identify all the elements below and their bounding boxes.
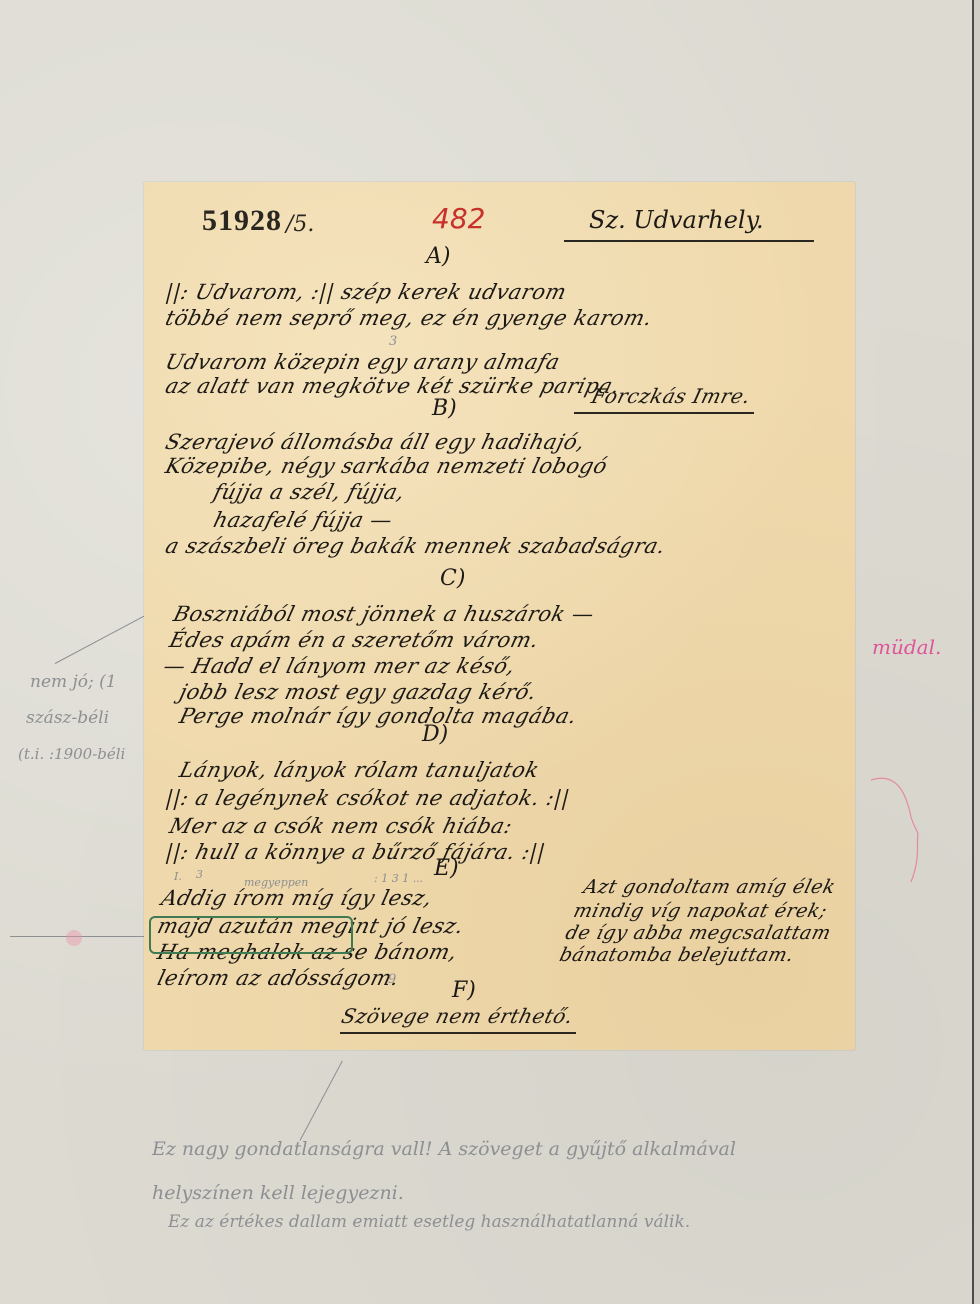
verse-line: Szerajevó állomásba áll egy hadihajó, <box>163 430 588 454</box>
place-heading: Sz. Udvarhely. <box>589 206 764 234</box>
verse-line-right: Azt gondoltam amíg élek <box>581 876 838 898</box>
place-underline <box>564 240 814 242</box>
verse-line: Addig írom míg így lesz, <box>159 886 435 910</box>
verse-line: ||: hull a könnye a bűrző fájára. :|| <box>163 840 548 864</box>
signature: Forczkás Imre. <box>589 384 753 408</box>
section-label-e: E) <box>434 856 459 881</box>
pencil-pointer-line <box>300 1061 343 1141</box>
section-label-a: A) <box>426 244 450 269</box>
verse-line: leírom az adósságom. <box>155 966 402 990</box>
catalog-number: 51928 <box>202 204 282 238</box>
pink-mark <box>66 930 82 946</box>
right-margin-pink-note: müdal. <box>872 635 941 659</box>
catalog-suffix: /5. <box>286 212 314 237</box>
verse-line: ||: Udvarom, :|| szép kerek udvarom <box>163 280 569 304</box>
mount-right-edge <box>972 0 980 1304</box>
verse-line-right: mindig víg napokat érek; <box>571 900 829 922</box>
verse-line: Boszniából most jönnek a huszárok — <box>171 602 597 626</box>
green-bracket-highlight <box>149 916 353 954</box>
pencil-mark: I. <box>174 870 182 883</box>
bottom-note-line-1: Ez nagy gondatlanságra vall! A szöveget … <box>152 1138 736 1160</box>
left-note-line-1: nem jó; (1 <box>30 672 117 692</box>
verse-line-right: bánatomba belejuttam. <box>557 944 796 966</box>
section-label-f: F) <box>452 978 476 1003</box>
signature-underline <box>574 412 754 414</box>
verse-line: Közepibe, négy sarkába nemzeti lobogó <box>163 454 610 478</box>
section-label-d: D) <box>422 722 448 747</box>
verse-line: — Hadd el lányom mer az késő, <box>161 654 518 678</box>
verse-line: Perge molnár így gondolta magába. <box>177 704 579 728</box>
pencil-mark: 3 <box>196 868 203 881</box>
verse-line: Mer az a csók nem csók hiába: <box>167 814 515 838</box>
verse-line: többé nem seprő meg, ez én gyenge karom. <box>163 306 655 330</box>
verse-line: jobb lesz most egy gazdag kérő. <box>177 680 539 704</box>
bottom-note-line-2: helyszínen kell lejegyezni. <box>152 1182 404 1204</box>
left-note-line-3: (t.i. :1900-béli <box>18 745 125 763</box>
pencil-mark: : 1 3 1 ... <box>374 872 423 885</box>
verse-line-right: de így abba megcsalattam <box>563 922 833 944</box>
verse-line: Lányok, lányok rólam tanuljatok <box>177 758 542 782</box>
verse-line: Édes apám én a szeretőm várom. <box>167 628 542 652</box>
verse-line: a szászbeli öreg bakák mennek szabadságr… <box>163 534 668 558</box>
verse-line: Szövege nem érthető. <box>339 1004 576 1028</box>
bottom-note-line-3: Ez az értékes dallam emiatt esetleg hasz… <box>168 1212 690 1232</box>
verse-line: az alatt van megkötve két szürke paripa. <box>163 374 623 398</box>
verse-line: fújja a szél, fújja, <box>211 480 408 504</box>
section-label-c: C) <box>440 566 465 591</box>
left-note-line-2: szász-béli <box>26 708 109 728</box>
verse-line: hazafelé fújja — <box>211 508 395 532</box>
verse-line: Udvarom közepin egy arany almafa <box>163 350 563 374</box>
pencil-mark: 3 <box>389 334 397 349</box>
red-number: 482 <box>432 202 485 235</box>
text-underline <box>340 1032 576 1034</box>
section-label-b: B) <box>432 396 457 421</box>
pink-brace <box>866 772 926 892</box>
pencil-mark: 9 <box>388 972 396 987</box>
verse-line: ||: a legénynek csókot ne adjatok. :|| <box>163 786 573 810</box>
